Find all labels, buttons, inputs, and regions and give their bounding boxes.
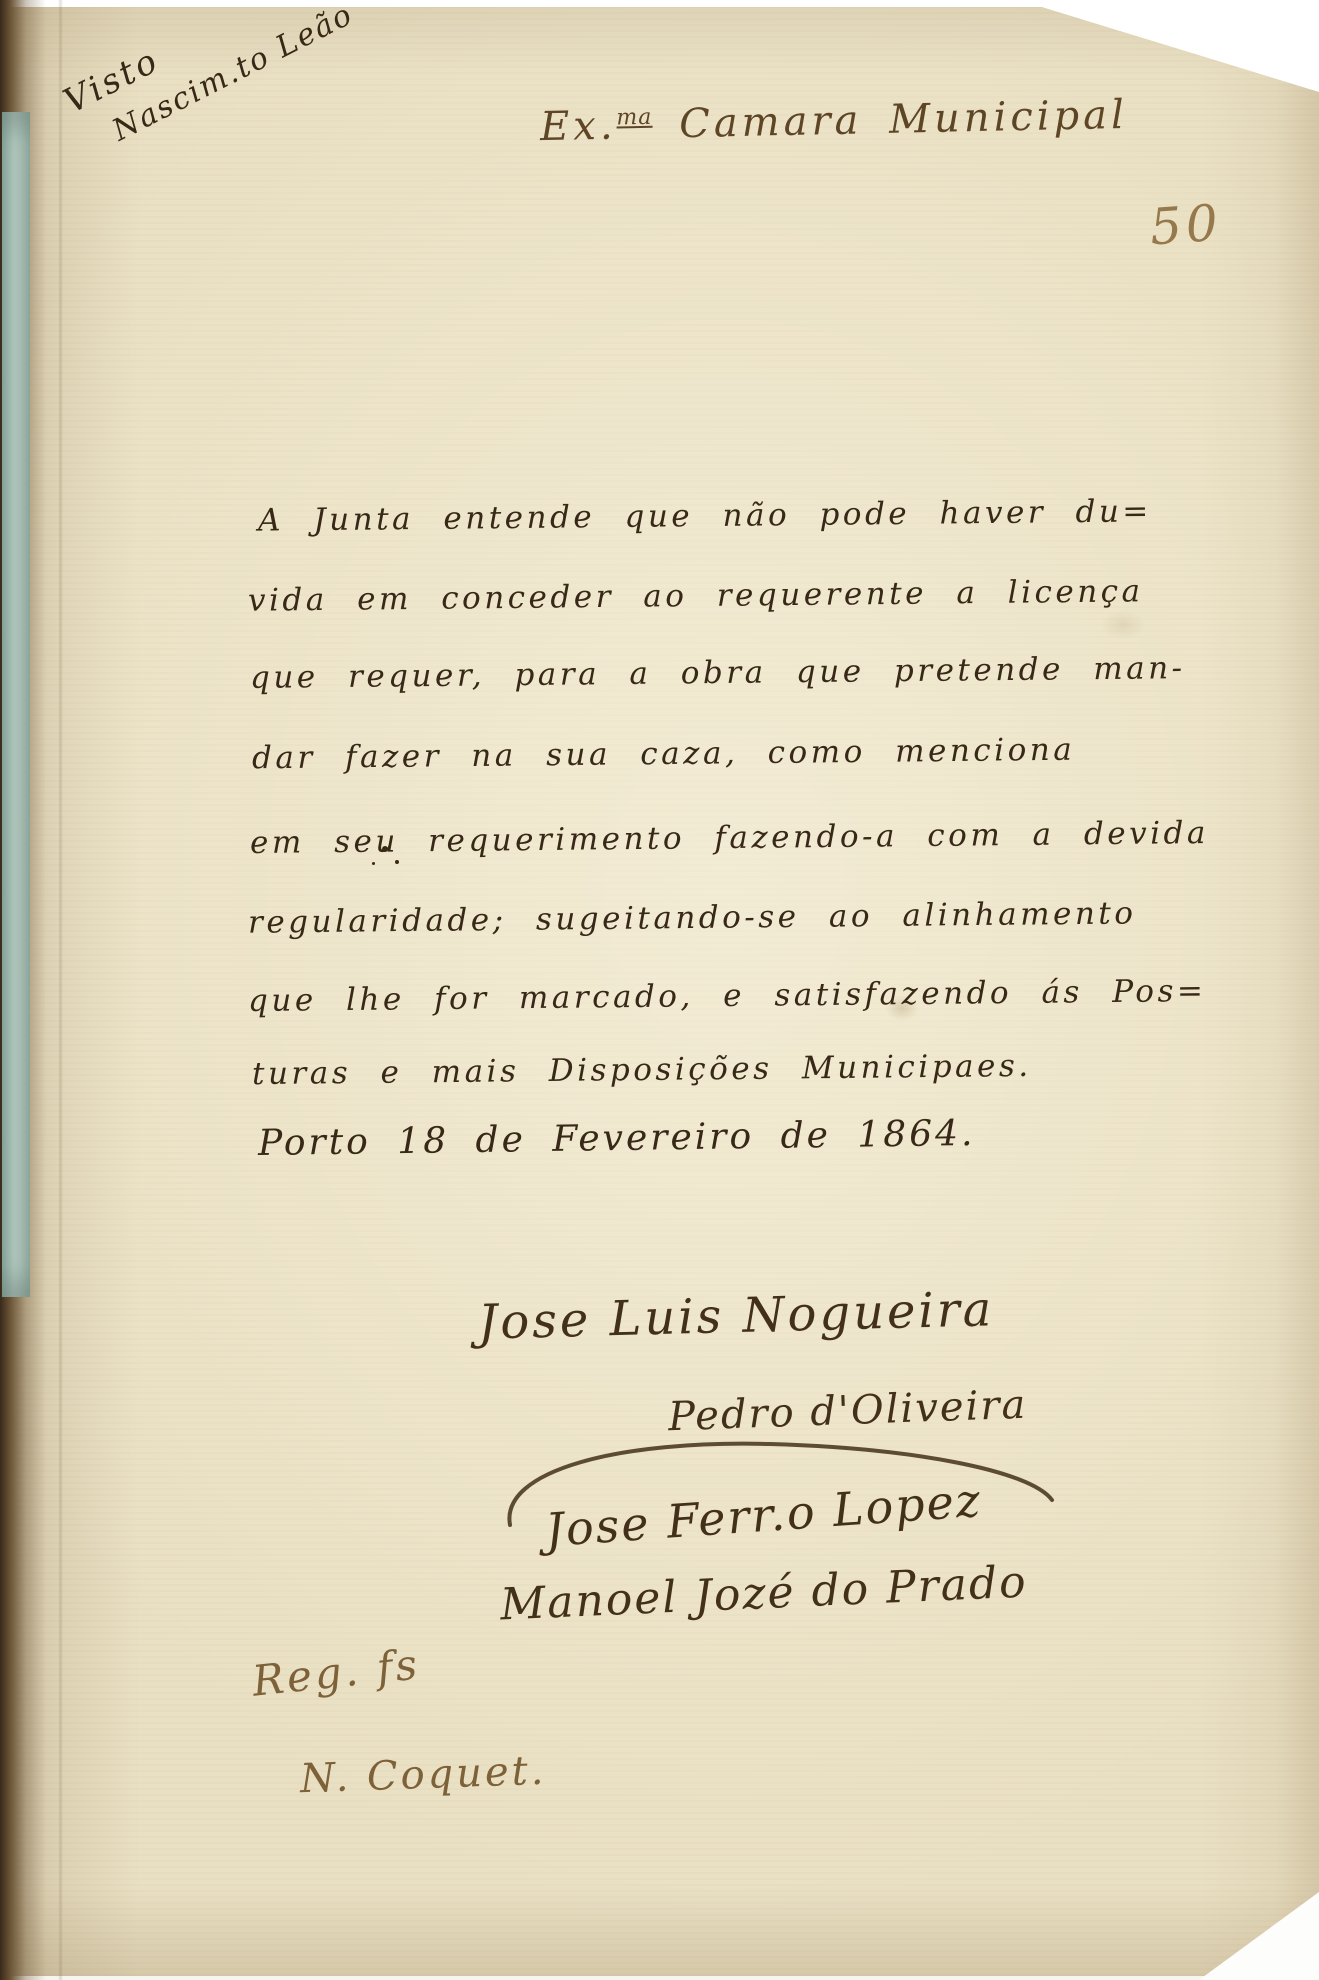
- binding-teal-strip: [2, 112, 30, 1297]
- ink-blot: [372, 862, 375, 865]
- document-scan: Ex.ma Camara Municipal 50 Visto Nascim.t…: [0, 0, 1319, 1980]
- salutation-abbrev: Ex.: [540, 103, 617, 151]
- page-number: 50: [1148, 194, 1223, 257]
- ink-blot: [395, 860, 399, 864]
- salutation-superscript: ma: [616, 105, 653, 131]
- page-fold-line: [58, 0, 63, 1980]
- paper-stain: [1100, 610, 1146, 640]
- clerk-signature: N. Coquet.: [299, 1748, 547, 1803]
